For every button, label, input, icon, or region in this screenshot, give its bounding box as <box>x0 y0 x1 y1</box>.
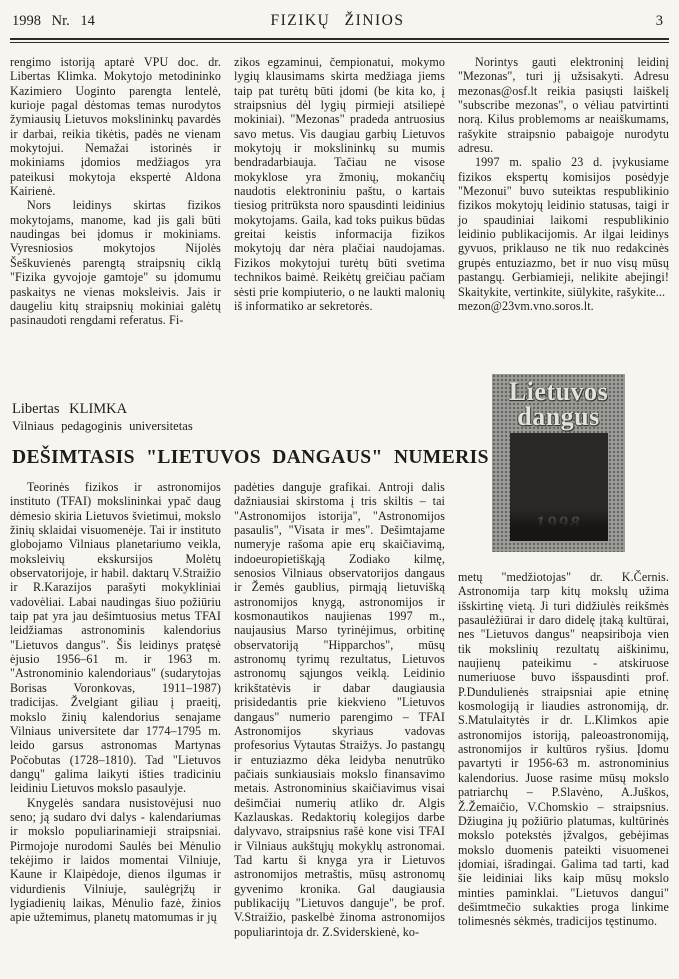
moon-photo: 1998 <box>510 433 608 541</box>
main-article: Teorinės fizikos ir astronomijos institu… <box>10 480 669 979</box>
issue-label: 1998 Nr. 14 <box>12 13 182 30</box>
top-column-1: rengimo istoriją aptarė VPU doc. dr. Lib… <box>10 55 221 391</box>
header-double-rule <box>10 38 669 43</box>
top-article: rengimo istoriją aptarė VPU doc. dr. Lib… <box>10 55 669 391</box>
page-number: 3 <box>493 13 667 30</box>
main-column-1: Teorinės fizikos ir astronomijos institu… <box>10 480 221 979</box>
main-column-2: padėties danguje grafikai. Antroji dalis… <box>234 480 445 979</box>
paragraph: mezon@23vm.vno.soros.lt. <box>458 299 669 313</box>
top-column-3: Norintys gauti elektroninį leidinį "Mezo… <box>458 55 669 391</box>
paragraph: Teorinės fizikos ir astronomijos institu… <box>10 480 221 796</box>
book-cover-year: 1998 <box>510 513 608 535</box>
book-cover-image: Lietuvos dangus 1998 <box>492 374 625 552</box>
main-column-3: metų "medžiotojas" dr. K.Černis. Astrono… <box>458 480 669 979</box>
paragraph: 1997 m. spalio 23 d. įvykusiame fizikos … <box>458 155 669 298</box>
paragraph: Nors leidinys skirtas fizikos mokytojams… <box>10 198 221 327</box>
paragraph: padėties danguje grafikai. Antroji dalis… <box>234 480 445 939</box>
journal-page: 1998 Nr. 14 FIZIKŲ ŽINIOS 3 rengimo isto… <box>0 0 679 979</box>
page-header: 1998 Nr. 14 FIZIKŲ ŽINIOS 3 <box>10 4 669 36</box>
top-column-2: zikos egzaminui, čempionatui, mokymo lyg… <box>234 55 445 391</box>
paragraph: rengimo istoriją aptarė VPU doc. dr. Lib… <box>10 55 221 198</box>
paragraph: Norintys gauti elektroninį leidinį "Mezo… <box>458 55 669 155</box>
main-column-3-text: metų "medžiotojas" dr. K.Černis. Astrono… <box>458 570 669 929</box>
paragraph: Knygelės sandara nusistovėjusi nuo seno;… <box>10 796 221 925</box>
book-cover-title-line1: Lietuvos <box>492 379 625 404</box>
paragraph: metų "medžiotojas" dr. K.Černis. Astrono… <box>458 570 669 929</box>
paragraph: zikos egzaminui, čempionatui, mokymo lyg… <box>234 55 445 313</box>
book-cover-title-line2: dangus <box>492 404 625 429</box>
journal-title: FIZIKŲ ŽINIOS <box>182 12 493 30</box>
